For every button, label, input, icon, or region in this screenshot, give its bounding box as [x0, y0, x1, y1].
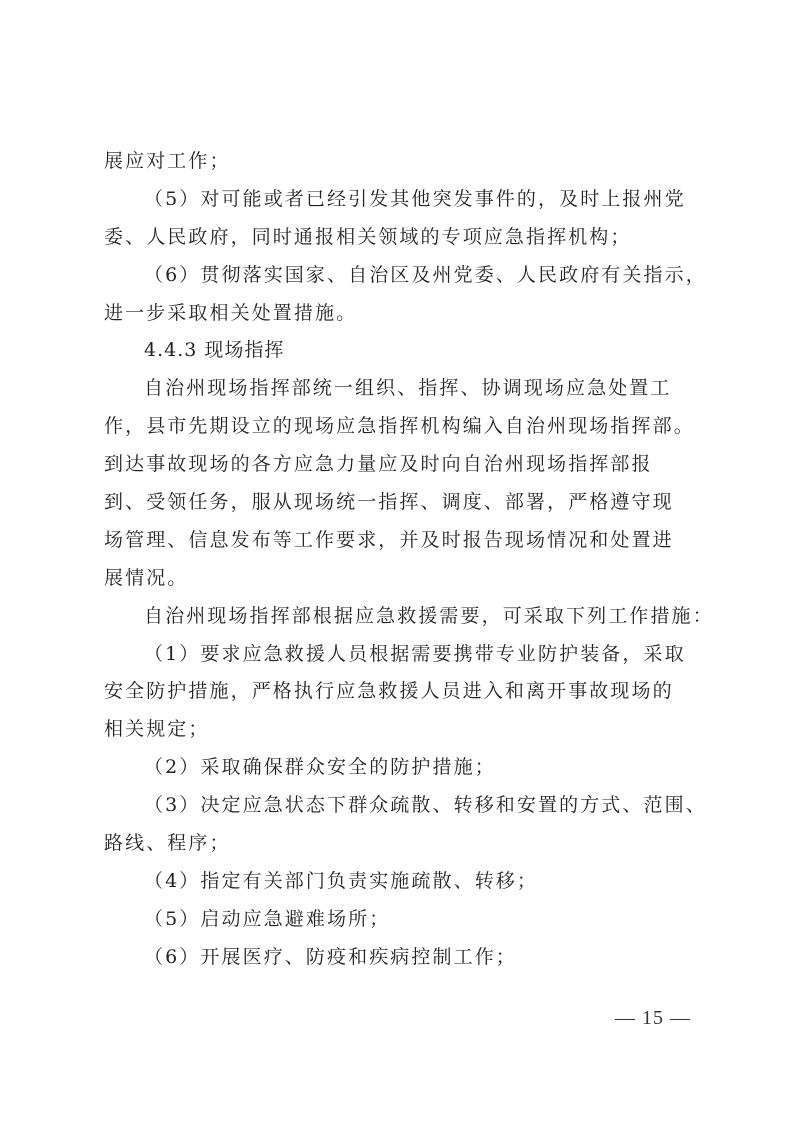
paragraph-start: 自治州现场指挥部根据应急救援需要，可采取下列工作措施：	[104, 598, 684, 636]
list-item-3-evacuation: （3）决定应急状态下群众疏散、转移和安置的方式、范围、	[104, 787, 684, 825]
text-line: 到、受领任务，服从现场统一指挥、调度、部署，严格遵守现	[104, 484, 684, 522]
list-item-5-report: （5）对可能或者已经引发其他突发事件的，及时上报州党	[104, 181, 684, 219]
body-text: 展应对工作； （5）对可能或者已经引发其他突发事件的，及时上报州党 委、人民政府…	[104, 143, 684, 977]
list-item-1-protection: （1）要求应急救援人员根据需要携带专业防护装备，采取	[104, 636, 684, 674]
list-item-5-shelters: （5）启动应急避难场所；	[104, 901, 684, 939]
text-line: 委、人民政府，同时通报相关领域的专项应急指挥机构；	[104, 219, 684, 257]
text-line: 场管理、信息发布等工作要求，并及时报告现场情况和处置进	[104, 522, 684, 560]
text-line: 安全防护措施，严格执行应急救援人员进入和离开事故现场的	[104, 673, 684, 711]
text-line: 相关规定；	[104, 711, 684, 749]
text-line: 展情况。	[104, 560, 684, 598]
text-line: 到达事故现场的各方应急力量应及时向自治州现场指挥部报	[104, 446, 684, 484]
list-item-2-safety: （2）采取确保群众安全的防护措施；	[104, 749, 684, 787]
list-item-6-medical: （6）开展医疗、防疫和疾病控制工作；	[104, 939, 684, 977]
text-line: 路线、程序；	[104, 825, 684, 863]
document-page: 展应对工作； （5）对可能或者已经引发其他突发事件的，及时上报州党 委、人民政府…	[0, 0, 793, 1122]
list-item-6-implement: （6）贯彻落实国家、自治区及州党委、人民政府有关指示，	[104, 257, 684, 295]
text-line: 展应对工作；	[104, 143, 684, 181]
list-item-4-departments: （4）指定有关部门负责实施疏散、转移；	[104, 863, 684, 901]
paragraph-start: 自治州现场指挥部统一组织、指挥、协调现场应急处置工	[104, 370, 684, 408]
page-number: — 15 —	[615, 1007, 691, 1030]
section-heading: 4.4.3 现场指挥	[104, 332, 684, 370]
text-line: 作，县市先期设立的现场应急指挥机构编入自治州现场指挥部。	[104, 408, 684, 446]
text-line: 进一步采取相关处置措施。	[104, 295, 684, 333]
